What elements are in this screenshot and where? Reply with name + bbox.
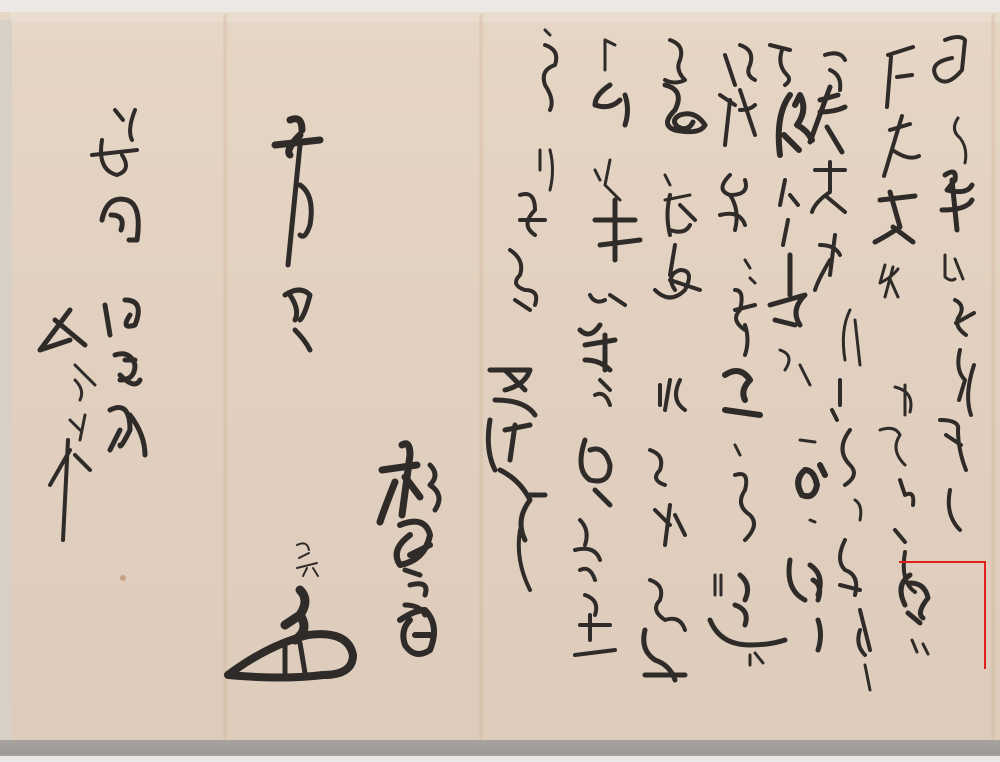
annotation-horizontal-line [899, 561, 986, 563]
calligraphy-column [644, 40, 705, 680]
annotation-vertical-line [984, 561, 986, 669]
addressee [92, 110, 145, 455]
signature [380, 444, 439, 654]
calligraphy-ink [0, 0, 1000, 762]
signature-mark [228, 543, 353, 677]
calligraphy-column [934, 37, 974, 530]
calligraphy-column [488, 194, 545, 590]
calligraphy-column [710, 45, 785, 665]
date [275, 119, 320, 350]
calligraphy-column [575, 40, 640, 655]
addressee-honorific [40, 310, 95, 540]
calligraphy-column [770, 45, 825, 650]
calligraphy-column [540, 30, 556, 190]
